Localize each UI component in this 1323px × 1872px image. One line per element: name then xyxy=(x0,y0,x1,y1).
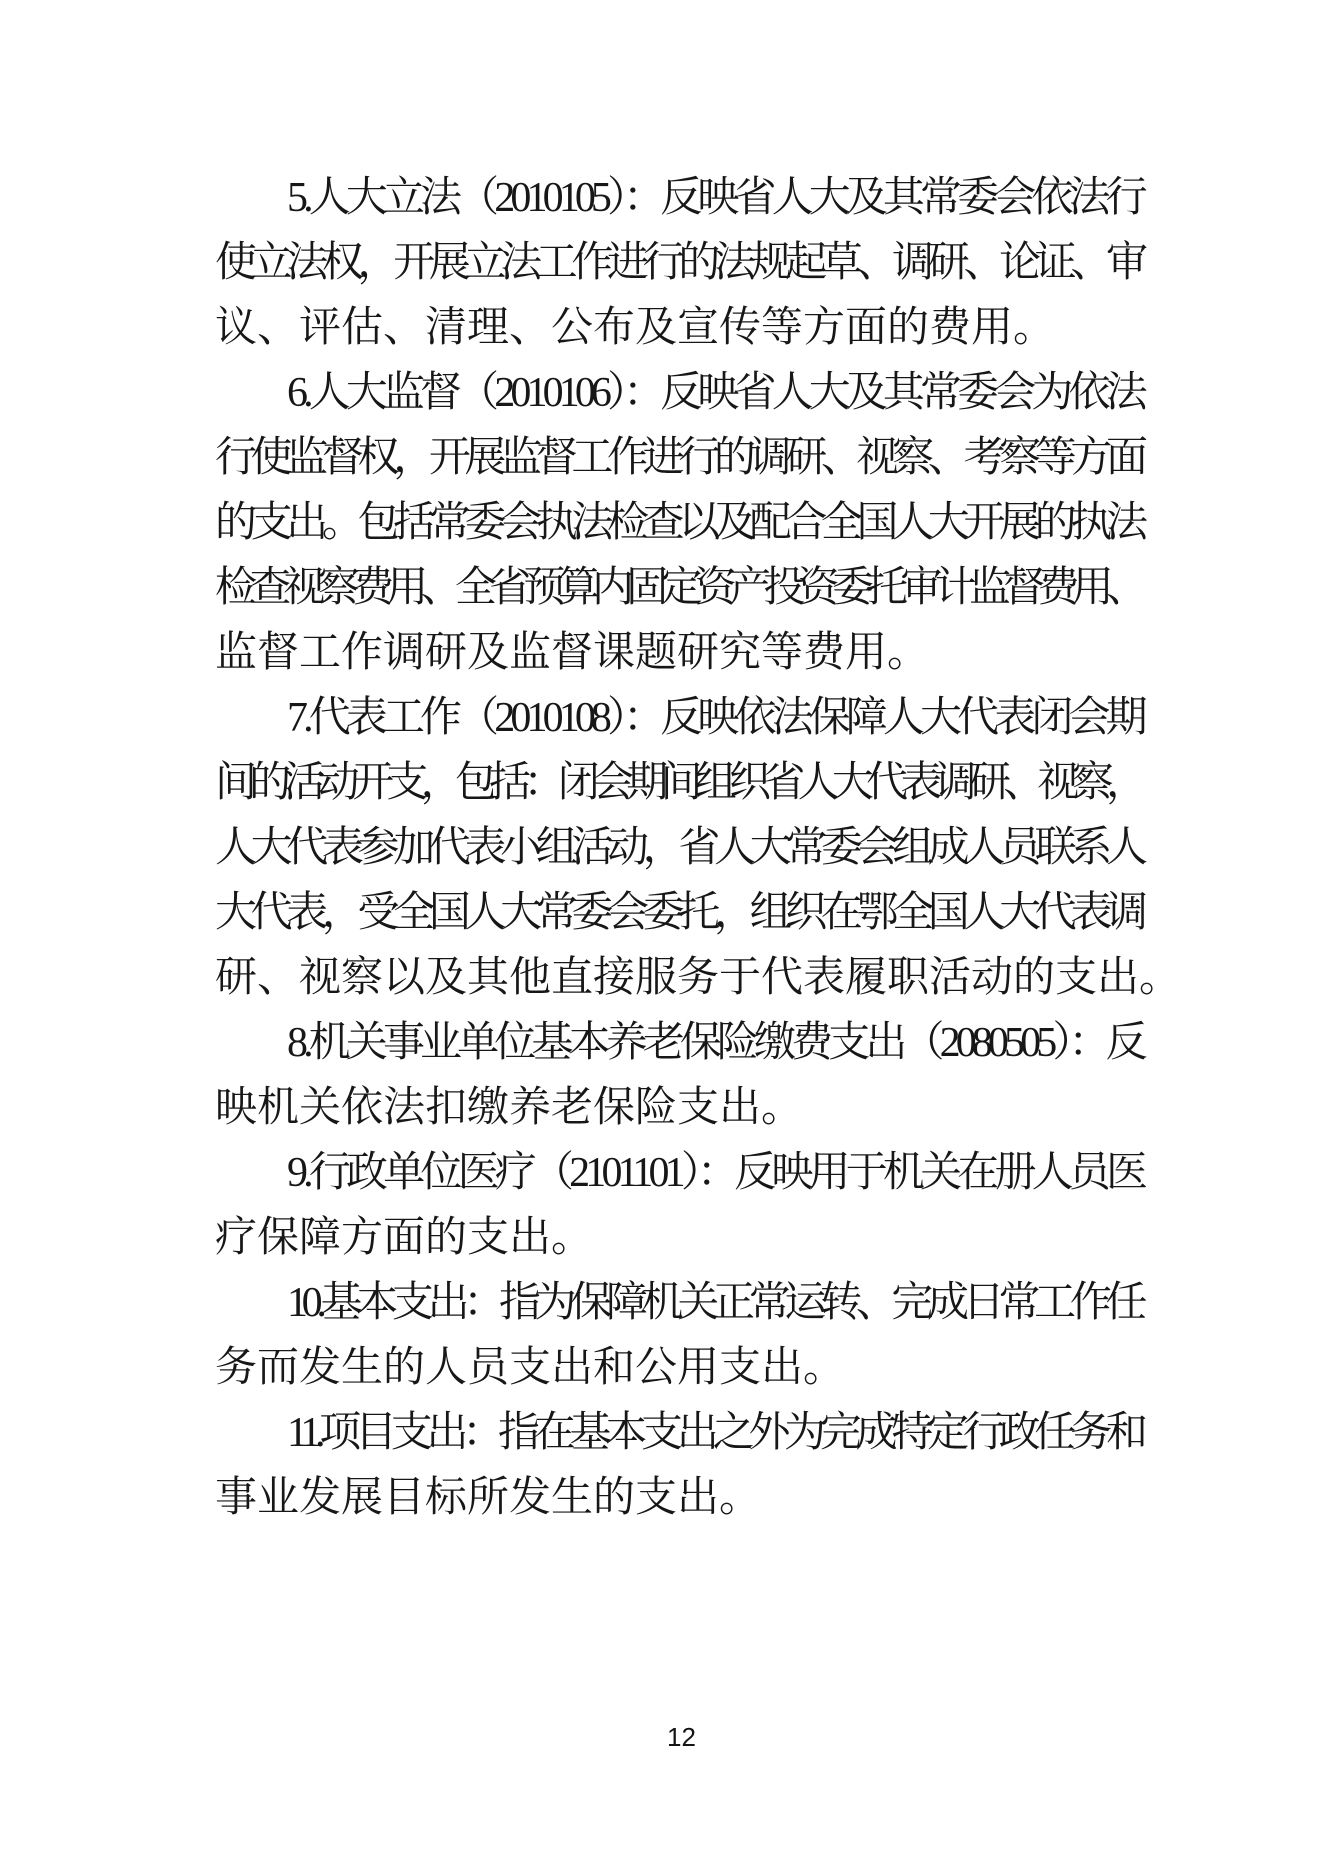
text-line: 务而发生的人员支出和公用支出。 xyxy=(215,1336,1148,1401)
text-line: 大代表，受全国人大常委会委托，组织在鄂全国人大代表调 xyxy=(215,881,1148,946)
paragraph: 9.行政单位医疗（2101101）：反映用于机关在册人员医疗保障方面的支出。 xyxy=(215,1141,1148,1271)
paragraph: 8.机关事业单位基本养老保险缴费支出（2080505）：反映机关依法扣缴养老保险… xyxy=(215,1011,1148,1141)
paragraph: 6.人大监督（2010106）：反映省人大及其常委会为依法行使监督权，开展监督工… xyxy=(215,361,1148,686)
text-line: 监督工作调研及监督课题研究等费用。 xyxy=(215,621,1148,686)
text-line: 7.代表工作（2010108）：反映依法保障人大代表闭会期 xyxy=(215,686,1148,751)
text-line: 研、视察以及其他直接服务于代表履职活动的支出。 xyxy=(215,946,1148,1011)
paragraph: 7.代表工作（2010108）：反映依法保障人大代表闭会期间的活动开支，包括：闭… xyxy=(215,686,1148,1011)
text-line: 5.人大立法（2010105）：反映省人大及其常委会依法行 xyxy=(215,166,1148,231)
paragraph: 10.基本支出：指为保障机关正常运转、完成日常工作任务而发生的人员支出和公用支出… xyxy=(215,1271,1148,1401)
text-line: 映机关依法扣缴养老保险支出。 xyxy=(215,1076,1148,1141)
text-line: 9.行政单位医疗（2101101）：反映用于机关在册人员医 xyxy=(215,1141,1148,1206)
paragraph: 5.人大立法（2010105）：反映省人大及其常委会依法行使立法权，开展立法工作… xyxy=(215,166,1148,361)
page-number: 12 xyxy=(215,1722,1148,1753)
text-line: 10.基本支出：指为保障机关正常运转、完成日常工作任 xyxy=(215,1271,1148,1336)
text-line: 11.项目支出：指在基本支出之外为完成特定行政任务和 xyxy=(215,1401,1148,1466)
text-line: 行使监督权，开展监督工作进行的调研、视察、考察等方面 xyxy=(215,426,1148,491)
text-line: 疗保障方面的支出。 xyxy=(215,1206,1148,1271)
body-text: 5.人大立法（2010105）：反映省人大及其常委会依法行使立法权，开展立法工作… xyxy=(215,166,1148,1531)
paragraph: 11.项目支出：指在基本支出之外为完成特定行政任务和事业发展目标所发生的支出。 xyxy=(215,1401,1148,1531)
text-line: 人大代表参加代表小组活动，省人大常委会组成人员联系人 xyxy=(215,816,1148,881)
text-line: 议、评估、清理、公布及宣传等方面的费用。 xyxy=(215,296,1148,361)
text-line: 检查视察费用、全省预算内固定资产投资委托审计监督费用、 xyxy=(215,556,1148,621)
text-line: 8.机关事业单位基本养老保险缴费支出（2080505）：反 xyxy=(215,1011,1148,1076)
text-line: 事业发展目标所发生的支出。 xyxy=(215,1466,1148,1531)
text-line: 间的活动开支，包括：闭会期间组织省人大代表调研、视察， xyxy=(215,751,1148,816)
document-page: 5.人大立法（2010105）：反映省人大及其常委会依法行使立法权，开展立法工作… xyxy=(0,0,1323,1872)
text-line: 的支出。包括常委会执法检查以及配合全国人大开展的执法 xyxy=(215,491,1148,556)
text-line: 6.人大监督（2010106）：反映省人大及其常委会为依法 xyxy=(215,361,1148,426)
text-line: 使立法权，开展立法工作进行的法规起草、调研、论证、审 xyxy=(215,231,1148,296)
